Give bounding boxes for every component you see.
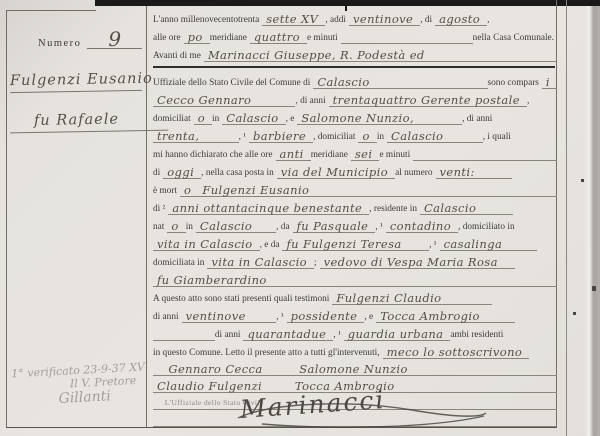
handwritten-entry: vedovo di Vespa Maria Rosa bbox=[320, 256, 505, 269]
handwritten-entry: agosto bbox=[435, 13, 487, 26]
handwritten-entry: casalinga bbox=[440, 238, 510, 251]
printed-text: di bbox=[153, 168, 163, 179]
form-line: alle orepomeridianequattroe minutinella … bbox=[153, 26, 557, 44]
deceased-name-margin-line2: fu Rafaele bbox=[10, 111, 168, 134]
printed-text: mi hanno dichiarato che alle ore bbox=[153, 150, 276, 161]
deceased-name-margin-line1: Fulgenzi Eusanio bbox=[10, 71, 142, 93]
handwritten-entry: anti bbox=[276, 148, 311, 161]
printed-text: meridiane bbox=[210, 33, 250, 44]
handwritten-entry: Calascio bbox=[196, 220, 259, 233]
section-separator-rule bbox=[153, 66, 555, 68]
printed-text: di anni bbox=[153, 312, 182, 323]
printed-text: Uffiziale dello Stato Civile del Comune … bbox=[153, 78, 313, 89]
handwritten-entry: Calascio bbox=[387, 130, 450, 143]
handwritten-entry: o bbox=[358, 130, 376, 143]
handwritten-entry: Calascio bbox=[313, 76, 376, 89]
form-line: L'anno millenovecentotrentasette XV, add… bbox=[153, 8, 557, 26]
form-line: è mortoFulgenzi Eusanio bbox=[153, 179, 557, 197]
scan-speck bbox=[592, 286, 596, 291]
handwritten-entry: i bbox=[542, 76, 557, 89]
printed-text: , bbox=[487, 15, 492, 26]
printed-text: , di anni bbox=[295, 96, 328, 107]
printed-text: domiciliat bbox=[153, 114, 194, 125]
form-frame-top bbox=[6, 10, 96, 11]
printed-text: al numero bbox=[395, 168, 435, 179]
form-line: natoinCalascio, dafu Pasquale, ¹contadin… bbox=[153, 215, 557, 233]
ruled-blank bbox=[253, 322, 276, 323]
printed-text: , nella casa posta in bbox=[201, 168, 277, 179]
printed-text: , di bbox=[420, 15, 435, 26]
form-line: domiciliatoinCalascio, eSalomone Nunzio,… bbox=[153, 107, 557, 125]
form-line: in questo Comune. Letto il presente atto… bbox=[153, 341, 557, 359]
printed-text: , ¹ bbox=[375, 222, 385, 233]
printed-text: , domiciliato in bbox=[458, 222, 518, 233]
form-line: di anniventinove, ¹possidente, eTocca Am… bbox=[153, 305, 557, 323]
handwritten-entry: fu Pasquale bbox=[293, 220, 376, 233]
ruled-blank bbox=[509, 250, 536, 251]
printed-text: , ¹ bbox=[276, 312, 286, 323]
printed-text: Avanti di me bbox=[153, 51, 204, 62]
printed-text: ambi residenti bbox=[450, 330, 506, 341]
form-line: di anniquarantadue, ¹guardia urbanaambi … bbox=[153, 323, 557, 341]
margin-column-divider bbox=[146, 6, 147, 427]
ruled-blank bbox=[432, 61, 557, 62]
ruled-blank bbox=[487, 322, 515, 323]
form-line: domiciliata invita in Calascio;vedovo di… bbox=[153, 251, 557, 269]
printed-text: L'anno millenovecentotrenta bbox=[153, 15, 262, 26]
form-line: mi hanno dichiarato che alle oreantimeri… bbox=[153, 143, 557, 161]
printed-text: , addì bbox=[325, 15, 349, 26]
printed-text: , e da bbox=[260, 240, 283, 251]
printed-text: , da bbox=[276, 222, 292, 233]
ruled-blank bbox=[316, 196, 557, 197]
form-line: di ²anni ottantacinque benestante, resid… bbox=[153, 197, 557, 215]
handwritten-entry: ventinove bbox=[349, 13, 420, 26]
record-number-label: Numero bbox=[38, 38, 87, 49]
record-number-row: Numero 9 bbox=[38, 30, 142, 49]
scan-top-edge-band bbox=[95, 0, 600, 6]
handwritten-entry: Salomone Nunzio bbox=[295, 363, 415, 375]
printed-text: A questo atto sono stati presenti quali … bbox=[153, 294, 332, 305]
ruled-blank bbox=[449, 304, 492, 305]
handwritten-entry: Marinacci Giuseppe, R. Podestà ed bbox=[204, 49, 432, 62]
handwritten-entry: Tocca Ambrogio bbox=[376, 310, 487, 323]
handwritten-entry: vita in Calascio bbox=[153, 238, 260, 251]
handwritten-entry: fu Giamberardino bbox=[153, 274, 274, 287]
form-line: dioggi, nella casa posta invia del Munic… bbox=[153, 161, 557, 179]
form-line: A questo atto sono stati presenti quali … bbox=[153, 287, 557, 305]
form-line: Avanti di meMarinacci Giuseppe, R. Podes… bbox=[153, 44, 557, 62]
printed-text: e minuti bbox=[379, 150, 413, 161]
printed-text: meridiane bbox=[311, 150, 351, 161]
ruled-blank bbox=[450, 142, 482, 143]
handwritten-entry: oggi bbox=[163, 166, 201, 179]
handwritten-entry: o bbox=[180, 184, 198, 197]
printed-text: nat bbox=[153, 222, 167, 233]
handwritten-entry: trentaquattro Gerente postale bbox=[329, 94, 527, 107]
ruled-blank bbox=[259, 232, 276, 233]
ruled-blank bbox=[483, 214, 512, 215]
handwritten-entry: via del Municipio bbox=[277, 166, 395, 179]
printed-text: , bbox=[527, 96, 532, 107]
handwritten-entry: Fulgenzi Claudio bbox=[332, 292, 448, 305]
handwritten-entry: Gennaro Cecca bbox=[164, 363, 269, 375]
handwritten-entry: guardia urbana bbox=[344, 328, 451, 341]
printed-text: e minuti bbox=[307, 33, 341, 44]
printed-text: nella Casa Comunale. bbox=[473, 33, 557, 44]
record-number-value: 9 bbox=[87, 30, 142, 49]
printed-text: , di anni bbox=[462, 114, 495, 125]
handwritten-entry: Fulgenzi Eusanio bbox=[198, 184, 316, 197]
signature-flourish bbox=[232, 398, 492, 432]
ruled-blank bbox=[153, 340, 215, 341]
ruled-blank bbox=[409, 250, 429, 251]
ruled-blank bbox=[377, 88, 488, 89]
form-frame-right-outer bbox=[566, 0, 567, 436]
paper-right-edge bbox=[584, 0, 600, 436]
printed-text: , ¹ bbox=[429, 240, 439, 251]
handwritten-entry: ventinove bbox=[182, 310, 253, 323]
printed-text: in bbox=[377, 132, 387, 143]
form-line: fu Giamberardino bbox=[153, 269, 557, 287]
printed-text: , domiciliat bbox=[313, 132, 358, 143]
ruled-blank bbox=[341, 43, 473, 44]
printed-text: , ¹ bbox=[333, 330, 343, 341]
handwritten-entry: sette XV bbox=[262, 13, 325, 26]
handwritten-entry: sei bbox=[351, 148, 380, 161]
ruled-blank bbox=[274, 286, 557, 287]
printed-text: , ¹ bbox=[239, 132, 249, 143]
ruled-blank bbox=[206, 142, 238, 143]
handwritten-entry: Salomone Nunzio, bbox=[297, 112, 421, 125]
printed-text: sono compars bbox=[488, 78, 542, 89]
handwritten-entry: meco lo sottoscrivono bbox=[383, 346, 530, 359]
verification-pencil-note: 1° verificato 23-9-37 XV Il V. Pretore G… bbox=[11, 361, 143, 410]
form-frame-left bbox=[6, 10, 7, 427]
handwritten-entry: vita in Calascio bbox=[207, 256, 314, 269]
handwritten-entry: quarantadue bbox=[243, 328, 333, 341]
printed-text: in bbox=[186, 222, 196, 233]
printed-text: , e bbox=[286, 114, 298, 125]
form-line: vita in Calascio, e dafu Fulgenzi Teresa… bbox=[153, 233, 557, 251]
handwritten-entry: Cecco Gennaro bbox=[153, 94, 258, 107]
printed-text: , e bbox=[364, 312, 376, 323]
form-line: Cecco Gennaro, di annitrentaquattro Gere… bbox=[153, 89, 557, 107]
handwritten-entry: fu Fulgenzi Teresa bbox=[282, 238, 408, 251]
handwritten-entry: barbiere bbox=[249, 130, 313, 143]
ruled-blank bbox=[505, 268, 515, 269]
printed-text: in questo Comune. Letto il presente atto… bbox=[153, 348, 383, 359]
ruled-blank bbox=[421, 124, 462, 125]
printed-text: domiciliata in bbox=[153, 258, 207, 269]
ruled-blank bbox=[413, 160, 557, 161]
handwritten-entry: Claudio Fulgenzi bbox=[153, 380, 269, 392]
handwritten-entry: contadino bbox=[386, 220, 458, 233]
handwritten-entry: Calascio bbox=[420, 202, 483, 215]
scan-speck bbox=[581, 179, 584, 182]
printed-text: è mort bbox=[153, 186, 180, 197]
form-line: Uffiziale dello Stato Civile del Comune … bbox=[153, 71, 557, 89]
handwritten-entry: Calascio bbox=[222, 112, 285, 125]
handwritten-entry: venti: bbox=[436, 166, 482, 179]
ruled-blank bbox=[258, 106, 295, 107]
handwritten-entry: possidente bbox=[287, 310, 365, 323]
handwritten-entry: anni ottantacinque benestante bbox=[168, 202, 369, 215]
printed-text: di ² bbox=[153, 204, 168, 215]
printed-text: , i quali bbox=[483, 132, 514, 143]
scan-speck bbox=[573, 312, 576, 315]
printed-text: in bbox=[212, 114, 222, 125]
handwritten-entry: o bbox=[167, 220, 185, 233]
form-line: trenta,, ¹barbiere, domiciliatoinCalasci… bbox=[153, 125, 557, 143]
form-line: Gennaro CeccaSalomone Nunzio bbox=[153, 359, 557, 376]
death-act-body: L'anno millenovecentotrentasette XV, add… bbox=[153, 8, 557, 427]
handwritten-entry: o bbox=[194, 112, 212, 125]
handwritten-entry: quattro bbox=[250, 31, 307, 44]
ruled-blank bbox=[482, 178, 512, 179]
handwritten-entry: trenta, bbox=[153, 130, 206, 143]
handwritten-entry: po bbox=[184, 31, 210, 44]
printed-text: di anni bbox=[215, 330, 244, 341]
printed-text: , residente in bbox=[369, 204, 420, 215]
printed-text: alle ore bbox=[153, 33, 184, 44]
